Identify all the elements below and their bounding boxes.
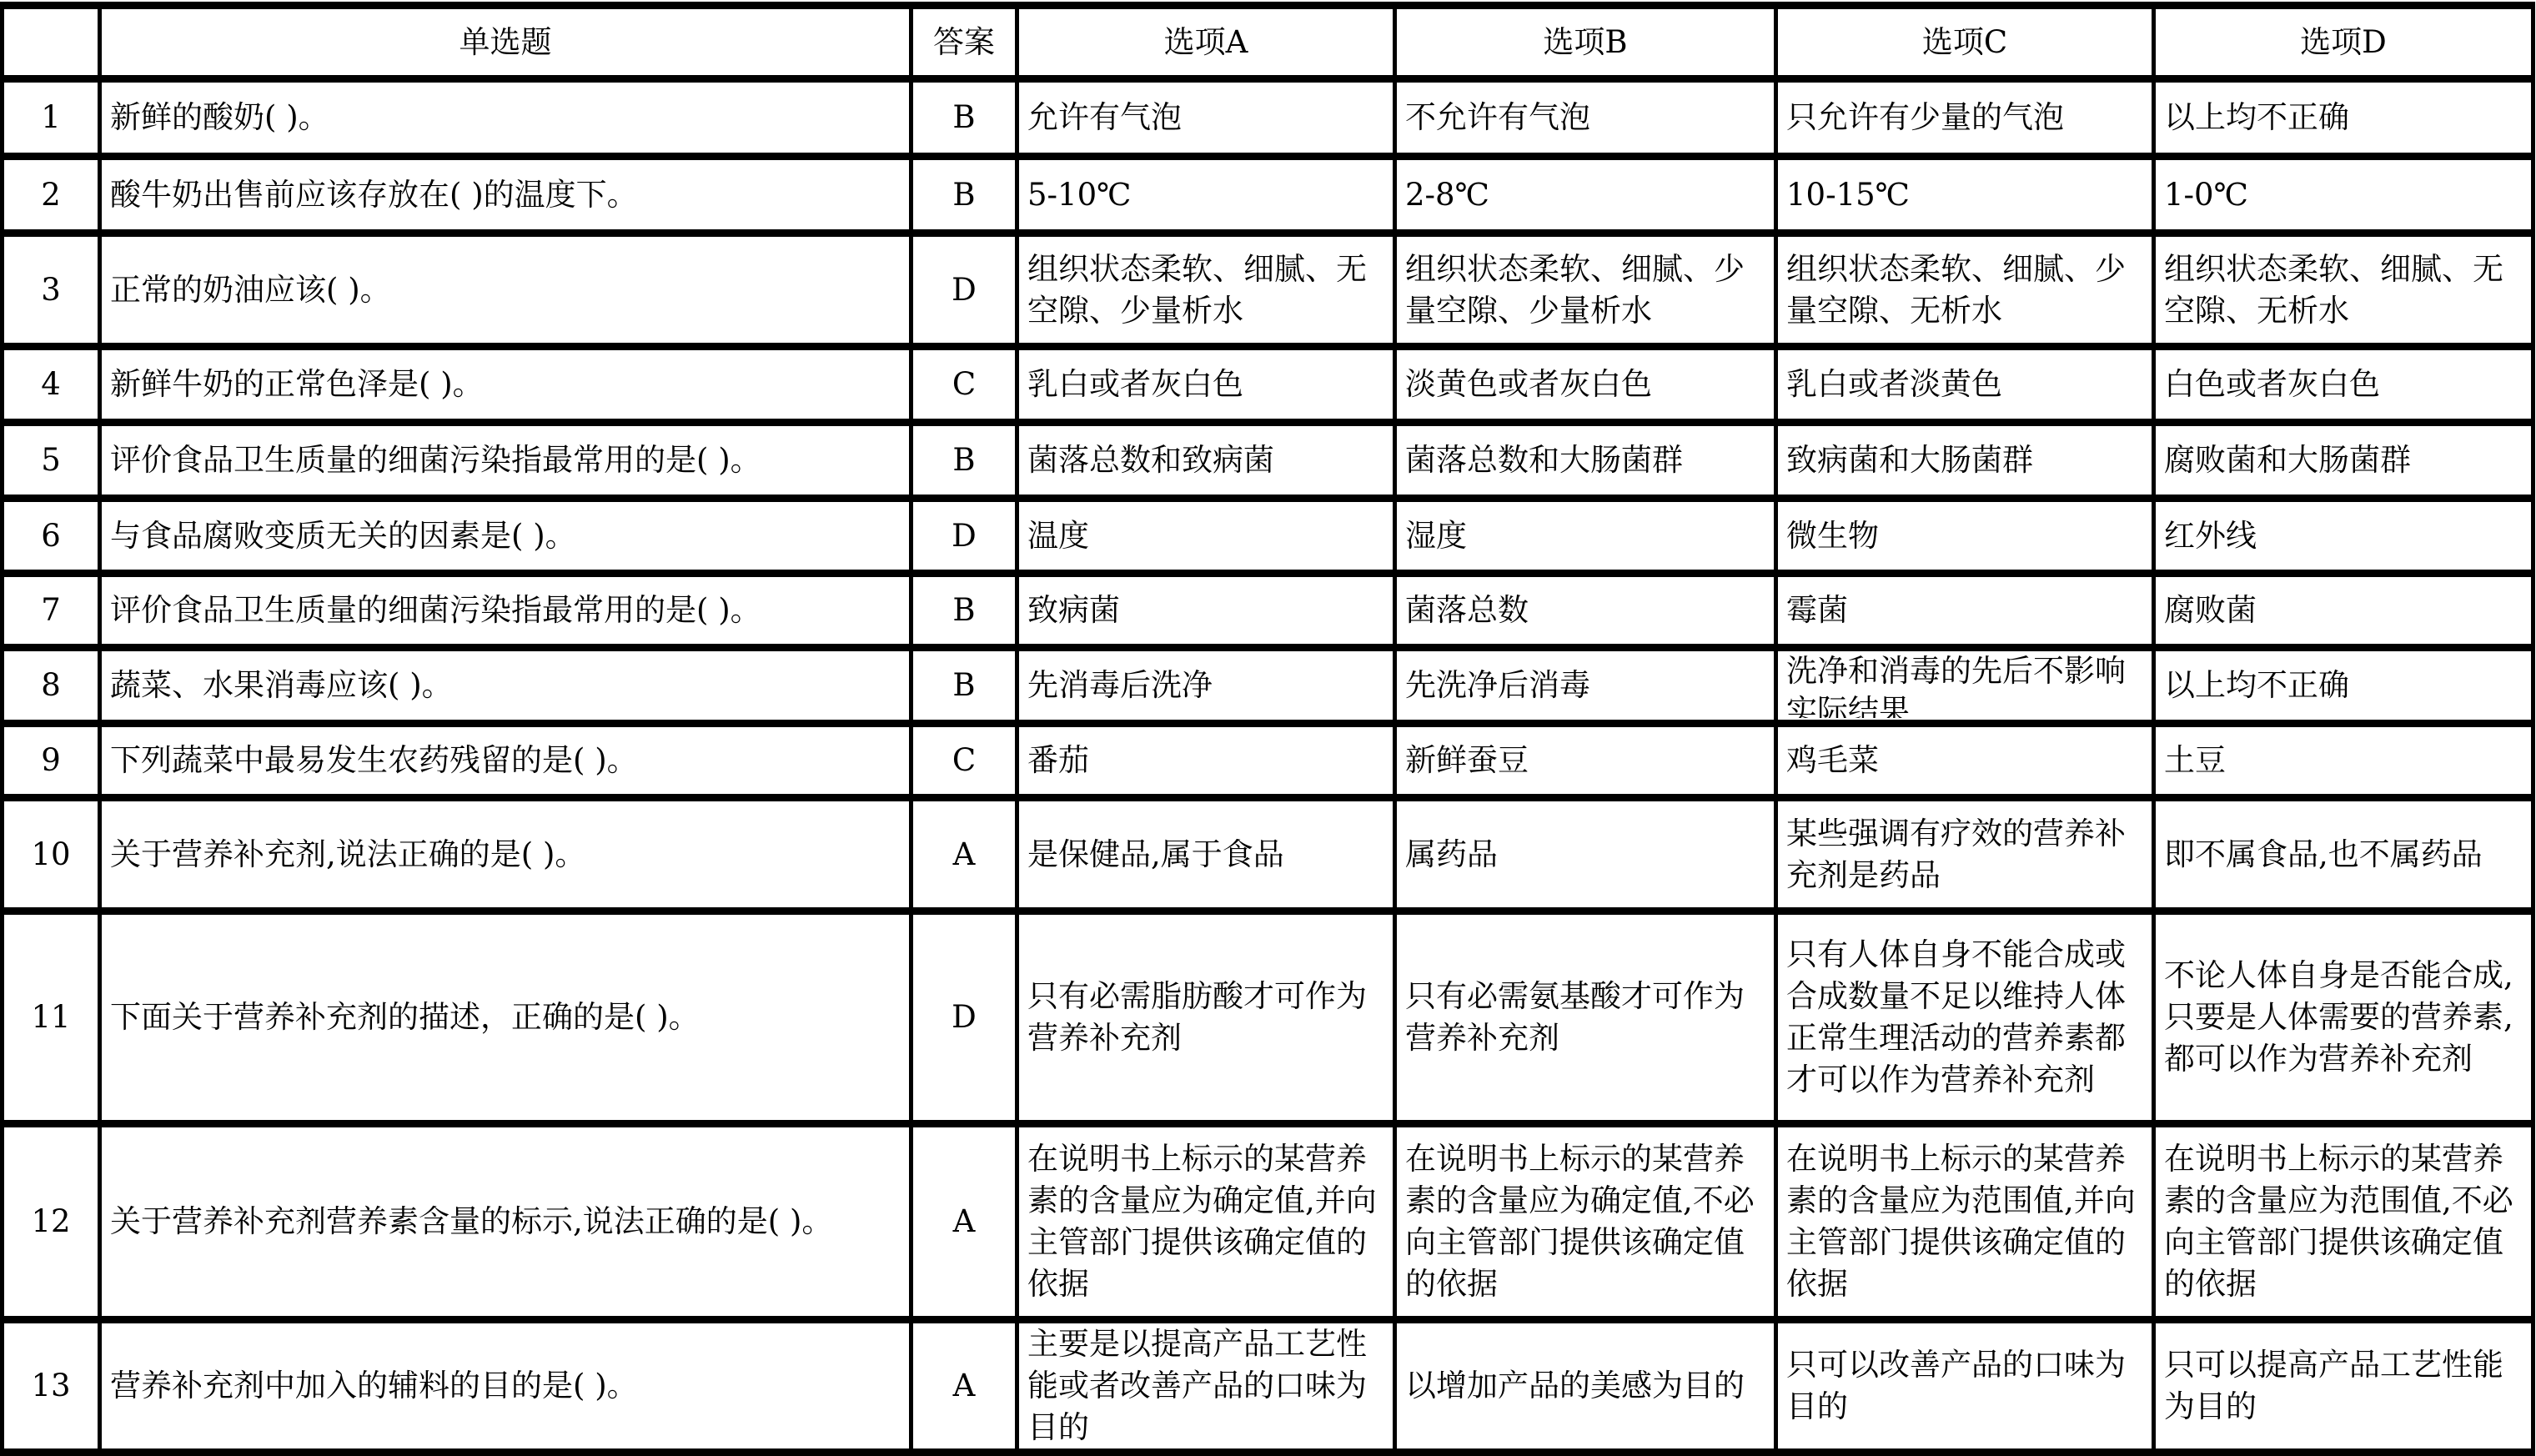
option-b-cell[interactable]: 不允许有气泡 [1395,79,1776,157]
header-option-b[interactable]: 选项B [1395,6,1776,79]
option-d-cell[interactable]: 在说明书上标示的某营养素的含量应为范围值,不必向主管部门提供该确定值的依据 [2154,1124,2533,1320]
option-a-cell[interactable]: 番茄 [1017,724,1395,798]
option-b-cell[interactable]: 新鲜蚕豆 [1395,724,1776,798]
table-row: 12 关于营养补充剂营养素含量的标示,说法正确的是( )。 A 在说明书上标示的… [3,1124,2533,1320]
header-option-c[interactable]: 选项C [1776,6,2154,79]
option-c-text: 洗净和消毒的先后不影响实际结果 [1786,651,2143,718]
option-d-cell[interactable]: 只可以提高产品工艺性能为目的 [2154,1320,2533,1446]
option-b-cell[interactable]: 以增加产品的美感为目的 [1395,1320,1776,1446]
question-cell[interactable]: 与食品腐败变质无关的因素是( )。 [100,499,911,574]
option-a-cell[interactable]: 只有必需脂肪酸才可作为营养补充剂 [1017,911,1395,1124]
table-row: 3 正常的奶油应该( )。 D 组织状态柔软、细腻、无空隙、少量析水 组织状态柔… [3,233,2533,347]
option-c-cell[interactable]: 10-15℃ [1776,157,2154,233]
option-a-cell[interactable]: 乳白或者灰白色 [1017,347,1395,423]
question-cell[interactable]: 评价食品卫生质量的细菌污染指最常用的是( )。 [100,423,911,499]
option-b-cell[interactable]: 湿度 [1395,499,1776,574]
option-d-cell[interactable]: 1-0℃ [2154,157,2533,233]
row-number-cell[interactable]: 7 [3,574,100,648]
option-c-cell[interactable]: 乳白或者淡黄色 [1776,347,2154,423]
question-cell[interactable]: 关于营养补充剂营养素含量的标示,说法正确的是( )。 [100,1124,911,1320]
answer-cell[interactable]: D [911,233,1017,347]
table-row: 1 新鲜的酸奶( )。 B 允许有气泡 不允许有气泡 只允许有少量的气泡 以上均… [3,79,2533,157]
option-d-cell[interactable]: 土豆 [2154,724,2533,798]
table-row: 2 酸牛奶出售前应该存放在( )的温度下。 B 5-10℃ 2-8℃ 10-15… [3,157,2533,233]
row-number-cell[interactable]: 11 [3,911,100,1124]
option-d-cell[interactable]: 白色或者灰白色 [2154,347,2533,423]
option-a-cell[interactable]: 菌落总数和致病菌 [1017,423,1395,499]
header-number[interactable] [3,6,100,79]
table-row: 9 下列蔬菜中最易发生农药残留的是( )。 C 番茄 新鲜蚕豆 鸡毛菜 土豆 [3,724,2533,798]
table-row: 11 下面关于营养补充剂的描述，正确的是( )。 D 只有必需脂肪酸才可作为营养… [3,911,2533,1124]
question-cell[interactable]: 蔬菜、水果消毒应该( )。 [100,648,911,724]
answer-cell[interactable]: A [911,1124,1017,1320]
answer-cell[interactable]: B [911,79,1017,157]
option-d-cell[interactable]: 红外线 [2154,499,2533,574]
table-row: 4 新鲜牛奶的正常色泽是( )。 C 乳白或者灰白色 淡黄色或者灰白色 乳白或者… [3,347,2533,423]
option-d-cell[interactable]: 不论人体自身是否能合成,只要是人体需要的营养素,都可以作为营养补充剂 [2154,911,2533,1124]
answer-cell[interactable]: C [911,724,1017,798]
question-cell[interactable]: 新鲜牛奶的正常色泽是( )。 [100,347,911,423]
question-cell[interactable]: 下面关于营养补充剂的描述，正确的是( )。 [100,911,911,1124]
option-c-cell[interactable]: 在说明书上标示的某营养素的含量应为范围值,并向主管部门提供该确定值的依据 [1776,1124,2154,1320]
header-option-a[interactable]: 选项A [1017,6,1395,79]
option-b-cell[interactable]: 属药品 [1395,798,1776,911]
option-b-cell[interactable]: 淡黄色或者灰白色 [1395,347,1776,423]
question-cell[interactable]: 评价食品卫生质量的细菌污染指最常用的是( )。 [100,574,911,648]
header-answer[interactable]: 答案 [911,6,1017,79]
option-c-cell[interactable]: 某些强调有疗效的营养补充剂是药品 [1776,798,2154,911]
row-number-cell[interactable]: 4 [3,347,100,423]
header-option-d[interactable]: 选项D [2154,6,2533,79]
option-a-cell[interactable]: 先消毒后洗净 [1017,648,1395,724]
answer-cell[interactable]: A [911,798,1017,911]
option-a-cell[interactable]: 5-10℃ [1017,157,1395,233]
row-number-cell[interactable]: 3 [3,233,100,347]
option-c-cell[interactable]: 霉菌 [1776,574,2154,648]
option-d-cell[interactable]: 以上均不正确 [2154,79,2533,157]
header-row: 单选题 答案 选项A 选项B 选项C 选项D [3,6,2533,79]
table-row: 10 关于营养补充剂,说法正确的是( )。 A 是保健品,属于食品 属药品 某些… [3,798,2533,911]
table-row: 6 与食品腐败变质无关的因素是( )。 D 温度 湿度 微生物 红外线 [3,499,2533,574]
option-c-cell[interactable]: 洗净和消毒的先后不影响实际结果 [1776,648,2154,724]
row-number-cell[interactable]: 1 [3,79,100,157]
option-c-cell[interactable]: 致病菌和大肠菌群 [1776,423,2154,499]
option-a-cell[interactable]: 致病菌 [1017,574,1395,648]
option-b-cell[interactable]: 只有必需氨基酸才可作为营养补充剂 [1395,911,1776,1124]
option-b-cell[interactable]: 在说明书上标示的某营养素的含量应为确定值,不必向主管部门提供该确定值的依据 [1395,1124,1776,1320]
row-number-cell[interactable]: 2 [3,157,100,233]
answer-cell[interactable]: B [911,157,1017,233]
option-c-cell[interactable]: 鸡毛菜 [1776,724,2154,798]
option-a-cell[interactable]: 主要是以提高产品工艺性能或者改善产品的口味为目的 [1017,1320,1395,1446]
table-row: 13 营养补充剂中加入的辅料的目的是( )。 A 主要是以提高产品工艺性能或者改… [3,1320,2533,1446]
option-c-cell[interactable]: 只有人体自身不能合成或合成数量不足以维持人体正常生理活动的营养素都才可以作为营养… [1776,911,2154,1124]
row-number-cell[interactable]: 9 [3,724,100,798]
question-cell[interactable]: 新鲜的酸奶( )。 [100,79,911,157]
option-a-cell[interactable]: 组织状态柔软、细腻、无空隙、少量析水 [1017,233,1395,347]
option-c-cell[interactable]: 微生物 [1776,499,2154,574]
option-b-cell[interactable]: 菌落总数 [1395,574,1776,648]
row-number-cell[interactable]: 5 [3,423,100,499]
answer-cell[interactable]: B [911,648,1017,724]
row-number-cell[interactable]: 13 [3,1320,100,1446]
answer-cell[interactable]: B [911,423,1017,499]
option-d-cell[interactable]: 腐败菌 [2154,574,2533,648]
option-b-cell[interactable]: 菌落总数和大肠菌群 [1395,423,1776,499]
row-number-cell[interactable]: 6 [3,499,100,574]
option-b-cell[interactable]: 2-8℃ [1395,157,1776,233]
row-number-cell[interactable]: 8 [3,648,100,724]
answer-cell[interactable]: C [911,347,1017,423]
table-row: 7 评价食品卫生质量的细菌污染指最常用的是( )。 B 致病菌 菌落总数 霉菌 … [3,574,2533,648]
row-number-cell[interactable]: 10 [3,798,100,911]
option-b-cell[interactable]: 先洗净后消毒 [1395,648,1776,724]
option-a-cell[interactable]: 允许有气泡 [1017,79,1395,157]
answer-cell[interactable]: B [911,574,1017,648]
table-row: 8 蔬菜、水果消毒应该( )。 B 先消毒后洗净 先洗净后消毒 洗净和消毒的先后… [3,648,2533,724]
row-number-cell[interactable]: 12 [3,1124,100,1320]
question-cell[interactable]: 营养补充剂中加入的辅料的目的是( )。 [100,1320,911,1446]
option-a-cell[interactable]: 温度 [1017,499,1395,574]
option-d-cell[interactable]: 组织状态柔软、细腻、无空隙、无析水 [2154,233,2533,347]
answer-cell[interactable]: D [911,911,1017,1124]
option-c-cell[interactable]: 组织状态柔软、细腻、少量空隙、无析水 [1776,233,2154,347]
question-cell[interactable]: 酸牛奶出售前应该存放在( )的温度下。 [100,157,911,233]
option-d-cell[interactable]: 腐败菌和大肠菌群 [2154,423,2533,499]
question-cell[interactable]: 正常的奶油应该( )。 [100,233,911,347]
option-a-cell[interactable]: 是保健品,属于食品 [1017,798,1395,911]
question-cell[interactable]: 下列蔬菜中最易发生农药残留的是( )。 [100,724,911,798]
option-c-cell[interactable]: 只可以改善产品的口味为目的 [1776,1320,2154,1446]
table-row: 5 评价食品卫生质量的细菌污染指最常用的是( )。 B 菌落总数和致病菌 菌落总… [3,423,2533,499]
option-b-cell[interactable]: 组织状态柔软、细腻、少量空隙、少量析水 [1395,233,1776,347]
answer-cell[interactable]: A [911,1320,1017,1446]
quiz-table: 单选题 答案 选项A 选项B 选项C 选项D 1 新鲜的酸奶( )。 B 允许有… [0,2,2535,1445]
header-question[interactable]: 单选题 [100,6,911,79]
option-d-cell[interactable]: 以上均不正确 [2154,648,2533,724]
option-c-cell[interactable]: 只允许有少量的气泡 [1776,79,2154,157]
option-d-cell[interactable]: 即不属食品,也不属药品 [2154,798,2533,911]
option-a-cell[interactable]: 在说明书上标示的某营养素的含量应为确定值,并向主管部门提供该确定值的依据 [1017,1124,1395,1320]
question-cell[interactable]: 关于营养补充剂,说法正确的是( )。 [100,798,911,911]
answer-cell[interactable]: D [911,499,1017,574]
